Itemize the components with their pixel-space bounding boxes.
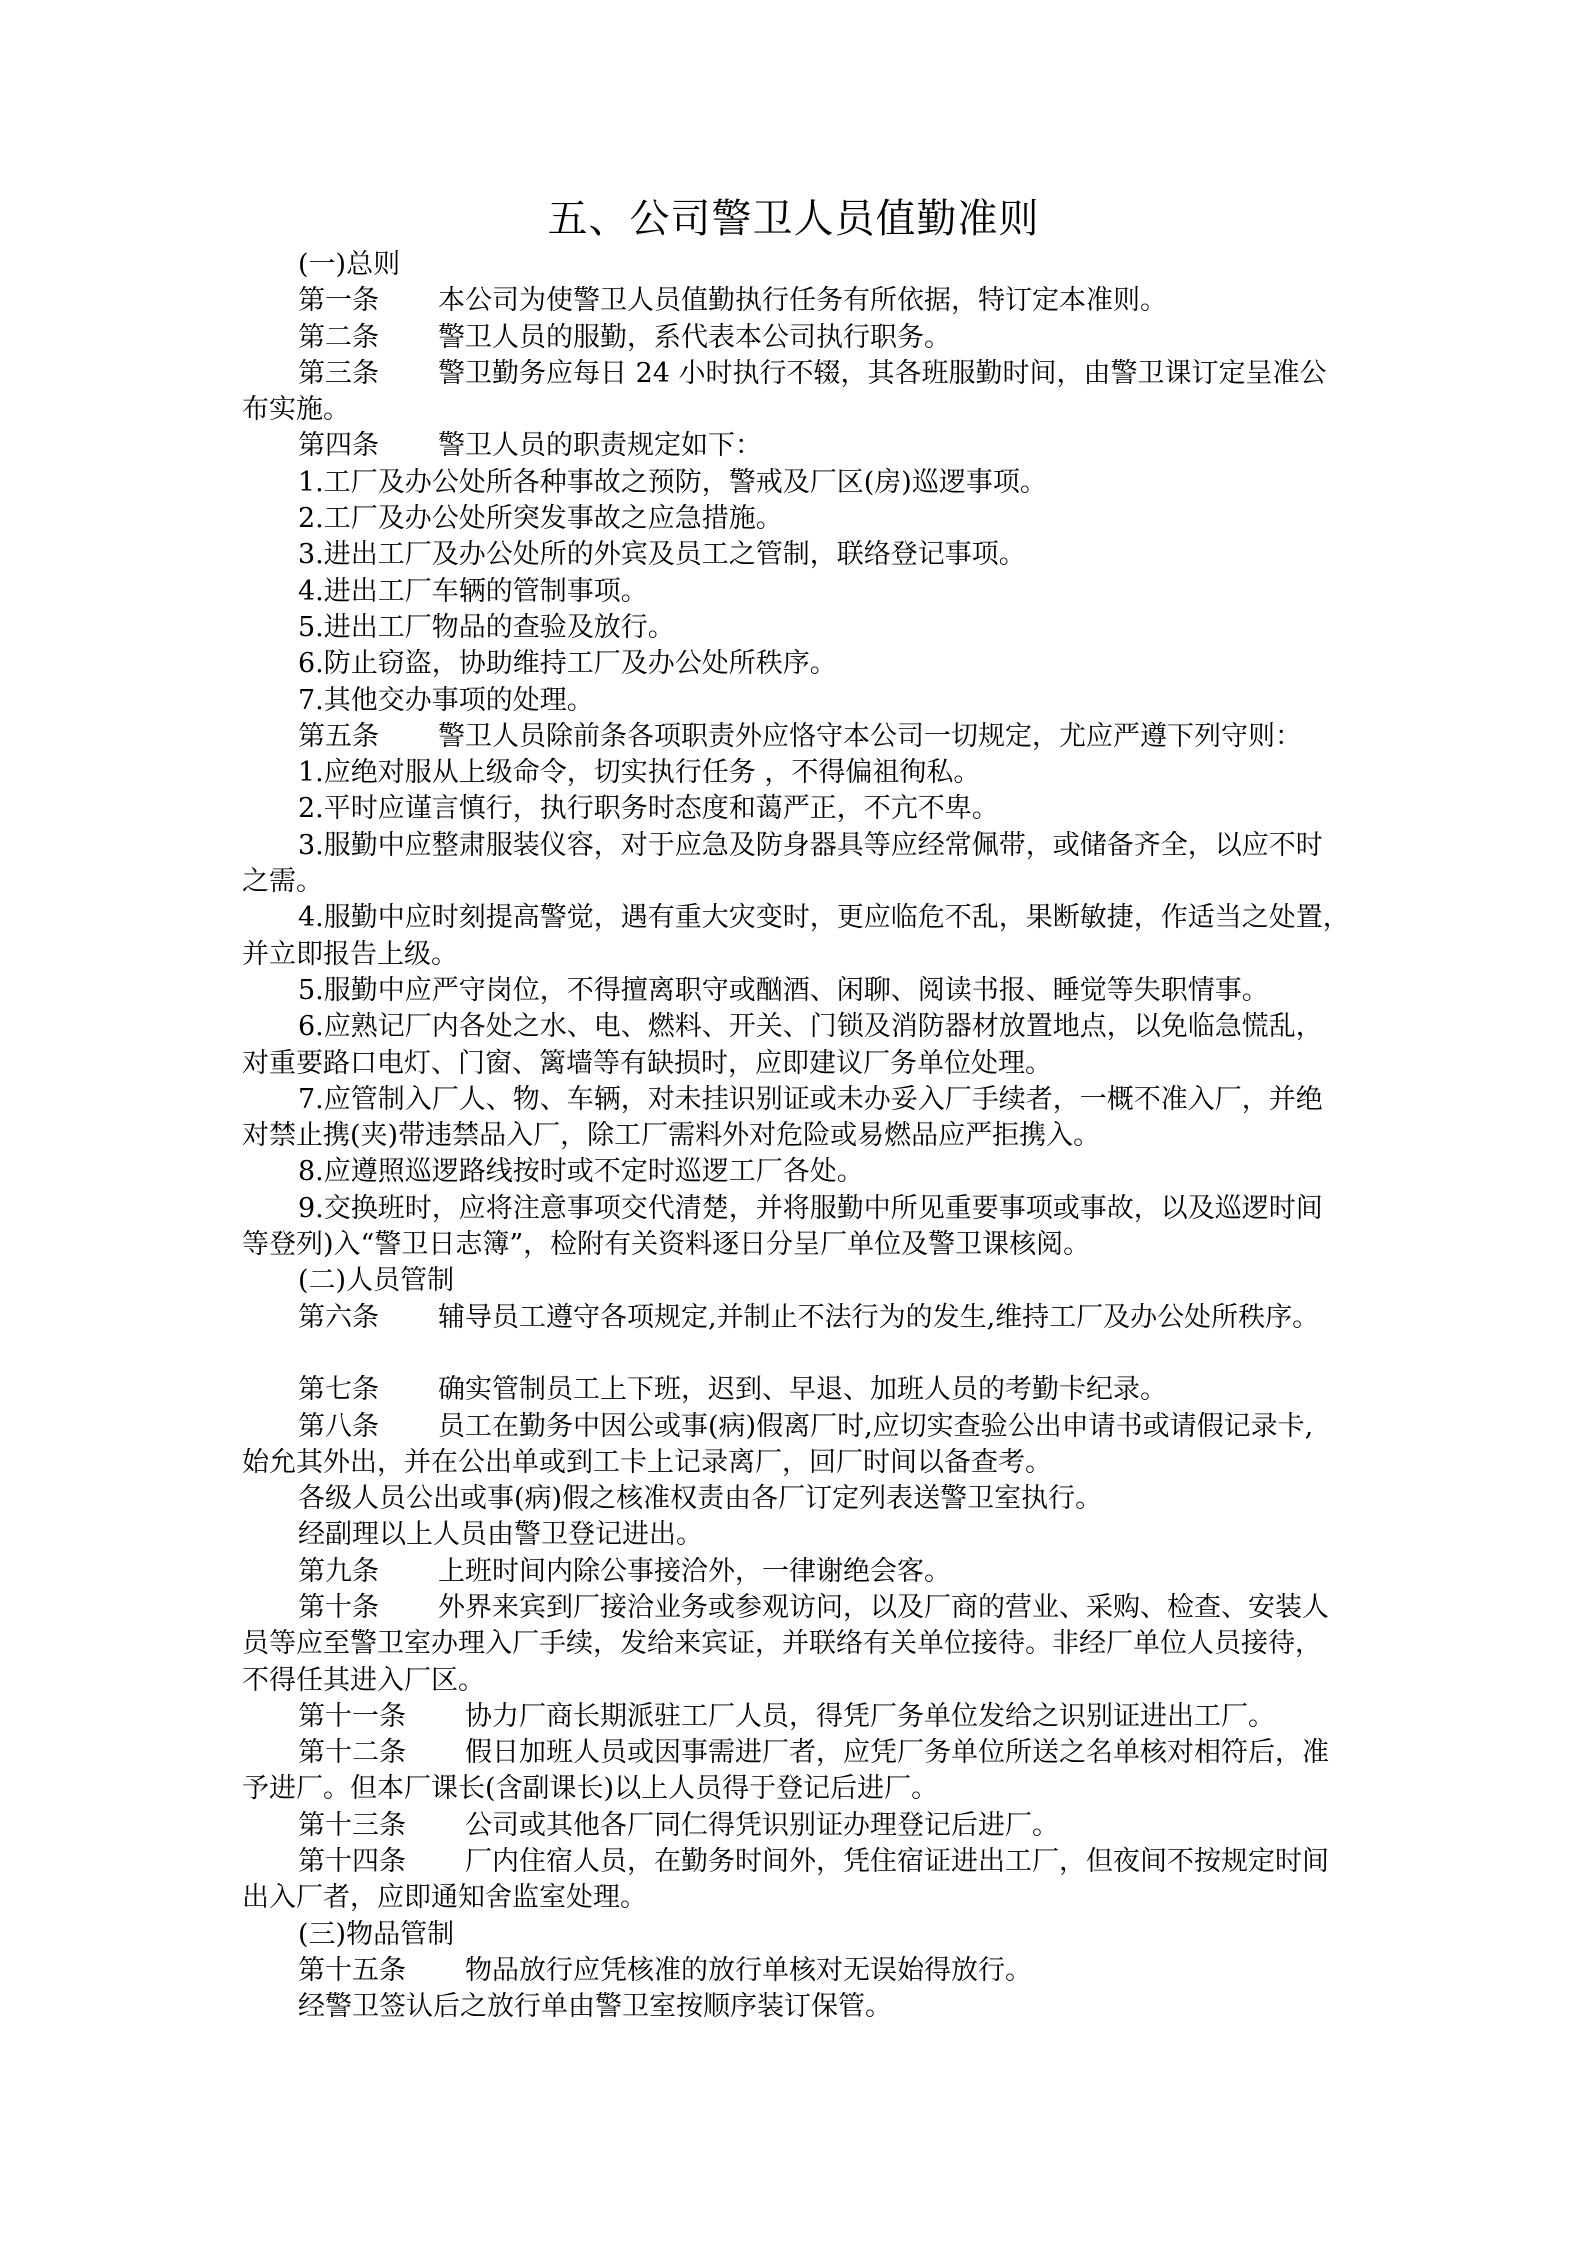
line-text: 4.进出工厂车辆的管制事项。 <box>298 576 648 607</box>
list-item: 7.应管制入厂人、物、车辆，对未挂识别证或未办妥入厂手续者，一概不准入厂，并绝 <box>242 1082 1344 1118</box>
line-text: 布实施。 <box>242 394 350 425</box>
article-label: 第十二条 <box>298 1735 465 1771</box>
line-text: 物品放行应凭核准的放行单核对无误始得放行。 <box>465 1955 1032 1986</box>
article-line: 第十一条协力厂商长期派驻工厂人员，得凭厂务单位发给之识别证进出工厂。 <box>242 1699 1344 1735</box>
list-item: 6.防止窃盗，协助维持工厂及办公处所秩序。 <box>242 646 1344 682</box>
article-line: 第十三条公司或其他各厂同仁得凭识别证办理登记后进厂。 <box>242 1808 1344 1844</box>
line-text: 出入厂者，应即通知舍监室处理。 <box>242 1882 647 1913</box>
line-text: (一)总则 <box>298 249 400 280</box>
article-line: 第六条辅导员工遵守各项规定,并制止不法行为的发生,维持工厂及办公处所秩序。 <box>242 1300 1344 1336</box>
list-item: 经警卫签认后之放行单由警卫室按顺序装订保管。 <box>242 1989 1344 2025</box>
article-label: 第十一条 <box>298 1699 465 1735</box>
section-heading: (一)总则 <box>242 247 1344 283</box>
list-item: 8.应遵照巡逻路线按时或不定时巡逻工厂各处。 <box>242 1154 1344 1190</box>
document-title: 五、公司警卫人员值勤准则 <box>0 194 1587 244</box>
blank-line <box>242 1336 1344 1372</box>
list-item: 2.工厂及办公处所突发事故之应急措施。 <box>242 501 1344 537</box>
article-label: 第十条 <box>298 1590 438 1626</box>
article-line: 第九条上班时间内除公事接洽外，一律谢绝会客。 <box>242 1554 1344 1590</box>
line-text: 经副理以上人员由警卫登记进出。 <box>298 1519 703 1550</box>
article-label: 第六条 <box>298 1300 438 1336</box>
line-text: 并立即报告上级。 <box>242 939 458 970</box>
line-text: 对重要路口电灯、门窗、篱墙等有缺损时，应即建议厂务单位处理。 <box>242 1048 1052 1079</box>
line-text: 5.进出工厂物品的查验及放行。 <box>298 612 675 643</box>
line-text: 外界来宾到厂接洽业务或参观访问，以及厂商的营业、采购、检查、安装人 <box>438 1592 1329 1623</box>
paragraph-continuation: 员等应至警卫室办理入厂手续，发给来宾证，并联络有关单位接待。非经厂单位人员接待， <box>242 1626 1344 1662</box>
list-item: 各级人员公出或事(病)假之核准权责由各厂订定列表送警卫室执行。 <box>242 1481 1344 1517</box>
line-text: 确实管制员工上下班，迟到、早退、加班人员的考勤卡纪录。 <box>438 1374 1167 1405</box>
line-text: 本公司为使警卫人员值勤执行任务有所依据，特订定本准则。 <box>438 285 1167 316</box>
article-line: 第二条警卫人员的服勤，系代表本公司执行职务。 <box>242 320 1344 356</box>
line-text: 警卫勤务应每日 24 小时执行不辍，其各班服勤时间，由警卫课订定呈准公 <box>438 358 1327 389</box>
line-text: 4.服勤中应时刻提高警觉，遇有重大灾变时，更应临危不乱，果断敏捷，作适当之处置， <box>298 902 1350 933</box>
list-item: 4.进出工厂车辆的管制事项。 <box>242 574 1344 610</box>
article-label: 第十四条 <box>298 1844 465 1880</box>
paragraph-continuation: 布实施。 <box>242 392 1344 428</box>
paragraph-continuation: 不得任其进入厂区。 <box>242 1663 1344 1699</box>
line-text: 1.应绝对服从上级命令，切实执行任务 ，不得偏祖徇私。 <box>298 757 980 788</box>
article-line: 第一条本公司为使警卫人员值勤执行任务有所依据，特订定本准则。 <box>242 283 1344 319</box>
line-text: 警卫人员除前条各项职责外应恪守本公司一切规定，尤应严遵下列守则： <box>438 721 1302 752</box>
article-label: 第二条 <box>298 320 438 356</box>
article-label: 第八条 <box>298 1409 438 1445</box>
paragraph-continuation: 等登列)入“警卫日志簿”，检附有关资料逐日分呈厂单位及警卫课核阅。 <box>242 1227 1344 1263</box>
line-text: 之需。 <box>242 866 323 897</box>
line-text: 厂内住宿人员，在勤务时间外，凭住宿证进出工厂，但夜间不按规定时间 <box>465 1846 1329 1877</box>
line-text: 经警卫签认后之放行单由警卫室按顺序装订保管。 <box>298 1991 892 2022</box>
line-text: (三)物品管制 <box>298 1919 454 1950</box>
line-text: (二)人员管制 <box>298 1265 454 1296</box>
list-item: 经副理以上人员由警卫登记进出。 <box>242 1517 1344 1553</box>
line-text: 始允其外出，并在公出单或到工卡上记录离厂，回厂时间以备查考。 <box>242 1447 1052 1478</box>
line-text: 警卫人员的职责规定如下： <box>438 430 762 461</box>
paragraph-continuation: 出入厂者，应即通知舍监室处理。 <box>242 1880 1344 1916</box>
line-text: 9.交换班时，应将注意事项交代清楚，并将服勤中所见重要事项或事故，以及巡逻时间 <box>298 1193 1323 1224</box>
list-item: 1.应绝对服从上级命令，切实执行任务 ，不得偏祖徇私。 <box>242 755 1344 791</box>
article-line: 第十条外界来宾到厂接洽业务或参观访问，以及厂商的营业、采购、检查、安装人 <box>242 1590 1344 1626</box>
list-item: 2.平时应谨言慎行，执行职务时态度和蔼严正，不亢不卑。 <box>242 791 1344 827</box>
line-text: 员等应至警卫室办理入厂手续，发给来宾证，并联络有关单位接待。非经厂单位人员接待， <box>242 1628 1322 1659</box>
line-text: 6.应熟记厂内各处之水、电、燃料、开关、门锁及消防器材放置地点，以免临急慌乱， <box>298 1011 1323 1042</box>
line-text: 7.其他交办事项的处理。 <box>298 685 594 716</box>
line-text: 上班时间内除公事接洽外，一律谢绝会客。 <box>438 1556 951 1587</box>
article-label: 第三条 <box>298 356 438 392</box>
line-text: 1.工厂及办公处所各种事故之预防，警戒及厂区(房)巡逻事项。 <box>298 467 1047 498</box>
line-text: 员工在勤务中因公或事(病)假离厂时,应切实查验公出申请书或请假记录卡, <box>438 1411 1313 1442</box>
line-text: 3.服勤中应整肃服装仪容，对于应急及防身器具等应经常佩带，或储备齐全，以应不时 <box>298 830 1323 861</box>
article-line: 第三条警卫勤务应每日 24 小时执行不辍，其各班服勤时间，由警卫课订定呈准公 <box>242 356 1344 392</box>
line-text: 5.服勤中应严守岗位，不得擅离职守或酗酒、闲聊、阅读书报、睡觉等失职情事。 <box>298 975 1269 1006</box>
article-line: 第八条员工在勤务中因公或事(病)假离厂时,应切实查验公出申请书或请假记录卡, <box>242 1409 1344 1445</box>
paragraph-continuation: 予进厂。但本厂课长(含副课长)以上人员得于登记后进厂。 <box>242 1771 1344 1807</box>
paragraph-continuation: 对重要路口电灯、门窗、篱墙等有缺损时，应即建议厂务单位处理。 <box>242 1046 1344 1082</box>
line-text: 警卫人员的服勤，系代表本公司执行职务。 <box>438 322 951 353</box>
article-label: 第一条 <box>298 283 438 319</box>
article-line: 第五条警卫人员除前条各项职责外应恪守本公司一切规定，尤应严遵下列守则： <box>242 719 1344 755</box>
paragraph-continuation: 对禁止携(夹)带违禁品入厂，除工厂需料外对危险或易燃品应严拒携入。 <box>242 1118 1344 1154</box>
line-text: 6.防止窃盗，协助维持工厂及办公处所秩序。 <box>298 648 837 679</box>
line-text: 予进厂。但本厂课长(含副课长)以上人员得于登记后进厂。 <box>242 1773 938 1804</box>
line-text: 各级人员公出或事(病)假之核准权责由各厂订定列表送警卫室执行。 <box>298 1483 1102 1514</box>
section-heading: (二)人员管制 <box>242 1263 1344 1299</box>
article-label: 第七条 <box>298 1372 438 1408</box>
line-text: 公司或其他各厂同仁得凭识别证办理登记后进厂。 <box>465 1810 1059 1841</box>
line-text: 辅导员工遵守各项规定,并制止不法行为的发生,维持工厂及办公处所秩序。 <box>438 1302 1319 1333</box>
list-item: 4.服勤中应时刻提高警觉，遇有重大灾变时，更应临危不乱，果断敏捷，作适当之处置， <box>242 900 1344 936</box>
article-label: 第十五条 <box>298 1953 465 1989</box>
line-text: 不得任其进入厂区。 <box>242 1665 485 1696</box>
list-item: 5.进出工厂物品的查验及放行。 <box>242 610 1344 646</box>
list-item: 3.服勤中应整肃服装仪容，对于应急及防身器具等应经常佩带，或储备齐全，以应不时 <box>242 828 1344 864</box>
paragraph-continuation: 并立即报告上级。 <box>242 937 1344 973</box>
list-item: 6.应熟记厂内各处之水、电、燃料、开关、门锁及消防器材放置地点，以免临急慌乱， <box>242 1009 1344 1045</box>
line-text: 假日加班人员或因事需进厂者，应凭厂务单位所送之名单核对相符后，准 <box>465 1737 1329 1768</box>
article-line: 第十四条厂内住宿人员，在勤务时间外，凭住宿证进出工厂，但夜间不按规定时间 <box>242 1844 1344 1880</box>
article-line: 第十二条假日加班人员或因事需进厂者，应凭厂务单位所送之名单核对相符后，准 <box>242 1735 1344 1771</box>
paragraph-continuation: 始允其外出，并在公出单或到工卡上记录离厂，回厂时间以备查考。 <box>242 1445 1344 1481</box>
article-line: 第十五条物品放行应凭核准的放行单核对无误始得放行。 <box>242 1953 1344 1989</box>
article-label: 第十三条 <box>298 1808 465 1844</box>
document-page: 五、公司警卫人员值勤准则 (一)总则第一条本公司为使警卫人员值勤执行任务有所依据… <box>0 0 1587 2245</box>
list-item: 3.进出工厂及办公处所的外宾及员工之管制，联络登记事项。 <box>242 537 1344 573</box>
article-line: 第四条警卫人员的职责规定如下： <box>242 428 1344 464</box>
line-text: 协力厂商长期派驻工厂人员，得凭厂务单位发给之识别证进出工厂。 <box>465 1701 1275 1732</box>
list-item: 9.交换班时，应将注意事项交代清楚，并将服勤中所见重要事项或事故，以及巡逻时间 <box>242 1191 1344 1227</box>
list-item: 5.服勤中应严守岗位，不得擅离职守或酗酒、闲聊、阅读书报、睡觉等失职情事。 <box>242 973 1344 1009</box>
article-label: 第五条 <box>298 719 438 755</box>
paragraph-continuation: 之需。 <box>242 864 1344 900</box>
line-text: 2.平时应谨言慎行，执行职务时态度和蔼严正，不亢不卑。 <box>298 793 999 824</box>
list-item: 7.其他交办事项的处理。 <box>242 683 1344 719</box>
article-label: 第九条 <box>298 1554 438 1590</box>
line-text: 对禁止携(夹)带违禁品入厂，除工厂需料外对危险或易燃品应严拒携入。 <box>242 1120 1100 1151</box>
section-heading: (三)物品管制 <box>242 1917 1344 1953</box>
article-label: 第四条 <box>298 428 438 464</box>
document-body: (一)总则第一条本公司为使警卫人员值勤执行任务有所依据，特订定本准则。第二条警卫… <box>242 247 1344 2026</box>
line-text: 等登列)入“警卫日志簿”，检附有关资料逐日分呈厂单位及警卫课核阅。 <box>242 1229 1090 1260</box>
article-line: 第七条确实管制员工上下班，迟到、早退、加班人员的考勤卡纪录。 <box>242 1372 1344 1408</box>
line-text: 8.应遵照巡逻路线按时或不定时巡逻工厂各处。 <box>298 1156 864 1187</box>
line-text: 7.应管制入厂人、物、车辆，对未挂识别证或未办妥入厂手续者，一概不准入厂，并绝 <box>298 1084 1323 1115</box>
line-text: 2.工厂及办公处所突发事故之应急措施。 <box>298 503 783 534</box>
list-item: 1.工厂及办公处所各种事故之预防，警戒及厂区(房)巡逻事项。 <box>242 465 1344 501</box>
line-text: 3.进出工厂及办公处所的外宾及员工之管制，联络登记事项。 <box>298 539 1026 570</box>
